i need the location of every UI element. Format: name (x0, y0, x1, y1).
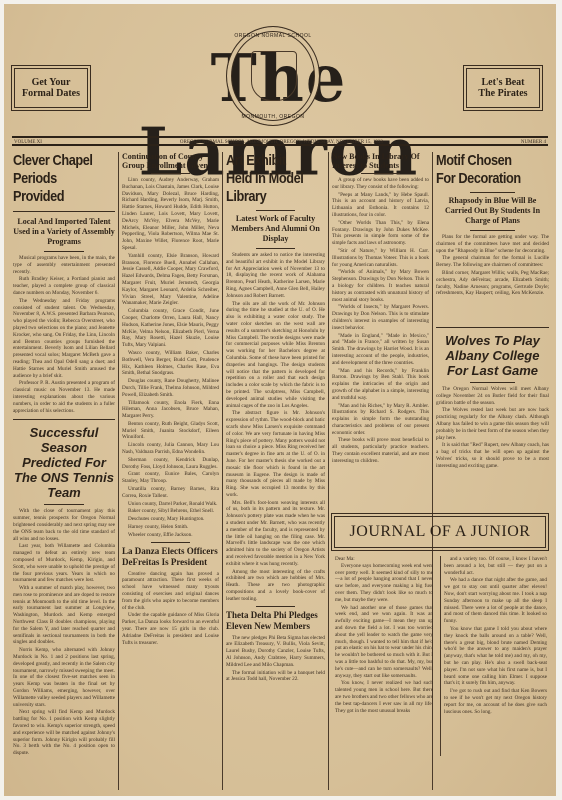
paragraph: Harney county, Helen Smith. (122, 524, 219, 531)
column-3: Art Exhibit Held In Model Library Latest… (222, 152, 328, 790)
article-subhead: Latest Work of Faculty Members And Alumn… (226, 214, 325, 244)
article-headline: Continuation of County Group Enrollment … (122, 152, 219, 170)
paragraph: We had a dance that night after the game… (444, 577, 547, 625)
paragraph: Yamhill county, Elsie Branson, Howard Br… (122, 253, 219, 307)
article-body: Plans for the formal are getting under w… (436, 234, 549, 297)
column-1: Clever Chapel Periods Provided Local And… (10, 152, 118, 790)
paragraph: It is said that "Red" Rupert, new Albany… (436, 442, 549, 469)
article-headline: Successful Season Predicted For The ONS … (13, 425, 115, 500)
journal-body: Everyone says homecoming week end went o… (335, 563, 433, 715)
masthead: Get Your Formal Dates The Lamron OREGON … (4, 4, 556, 119)
paragraph: The Wolves rested last week but are now … (436, 407, 549, 441)
article-body: Students are asked to notice the interes… (226, 252, 325, 603)
journal-column-2: and a variety too. Of course, I know I h… (440, 556, 550, 756)
school-seal-icon: OREGON NORMAL SCHOOL MONMOUTH, OREGON (226, 26, 320, 126)
paragraph: The Wednesday and Friday programs consis… (13, 298, 115, 380)
paragraph: Blind corner, Margaret Willis; walls, Pe… (436, 270, 549, 297)
article-new-books: New Books In Library Of Interest to Stud… (332, 152, 429, 507)
paragraph: Wasco county, William Baker, Charles Bot… (122, 350, 219, 377)
article-body: With the close of tournament play this s… (13, 508, 115, 757)
article-subhead: Local And Imported Talent Used in a Vari… (13, 217, 115, 247)
dateline: VOLUME XI OREGON NORMAL SCHOOL, MONMOUTH… (12, 136, 548, 146)
article-la-danza: La Danza Elects Officers DeFreitas Is Pr… (122, 546, 219, 647)
paragraph: "Peeps at Many Lands," by Hebe Spaull. T… (332, 192, 429, 219)
paragraph: Douglas county, Rane Dougherty, Malinee … (122, 378, 219, 398)
paragraph: The abstract figure is Mr. Johnson's exp… (226, 410, 325, 498)
article-tennis: Successful Season Predicted For The ONS … (13, 425, 115, 757)
paragraph: Professor P. R. Austin presented a progr… (13, 380, 115, 414)
paragraph: "Made in England," "Made in Mexico," and… (332, 333, 429, 367)
left-ear-box: Get Your Formal Dates (14, 68, 88, 108)
seal-emblem-icon (251, 51, 297, 101)
paragraph: "Worlds of Insects," by Margaret Powers.… (332, 304, 429, 331)
article-body: Musical programs have been, in the main,… (13, 255, 115, 414)
article-body: Creative dancing again has proved a para… (122, 571, 219, 647)
paragraph: Tillamook county, Enola Fierk, Enna Hile… (122, 400, 219, 420)
journal-column-1: Dear Ma: Everyone says homecoming week e… (332, 556, 436, 756)
paragraph: Ruth Bradley Keiser, a Portland pianist … (13, 276, 115, 296)
article-headline: Motif Chosen For Decoration (436, 152, 532, 188)
article-headline: Art Exhibit Held In Model Library (226, 152, 310, 206)
paragraph: With the close of tournament play this s… (13, 508, 115, 542)
paragraph: We had another one of those games that w… (335, 605, 433, 680)
paragraph: Musical programs have been, in the main,… (13, 255, 115, 275)
paragraph: Mrs. Bell's foot-loom weaving interests … (226, 500, 325, 568)
paragraph: Umatilla county, Barney Barnes, Rita Cor… (122, 486, 219, 500)
seal-top-text: OREGON NORMAL SCHOOL (227, 33, 319, 39)
paragraph: "Man and his Riches," by Mary R. Ambler.… (332, 403, 429, 437)
paragraph: I've got to rush out and find that Ken B… (444, 688, 547, 715)
article-subhead: Rhapsody in Blue Will Be Carried Out By … (436, 196, 549, 226)
paragraph: The formal initiation will be a banquet … (226, 670, 325, 684)
paragraph: You know that game I told you about wher… (444, 626, 547, 687)
paragraph: Wheeler county, Effie Jackson. (122, 532, 219, 539)
newspaper-page: Get Your Formal Dates The Lamron OREGON … (4, 4, 556, 796)
article-motif: Motif Chosen For Decoration Rhapsody in … (436, 152, 549, 322)
paragraph: Sherman county, Kendrick Dunlap, Dorothy… (122, 457, 219, 471)
journal-headline: JOURNAL OF A JUNIOR (334, 516, 546, 548)
article-body: The new pledges Phi Beta Sigma has elect… (226, 635, 325, 684)
article-chapel: Clever Chapel Periods Provided Local And… (13, 152, 115, 414)
article-body: Linn county, Audrey Anderway, Graham Buc… (122, 177, 219, 539)
journal-body: and a variety too. Of course, I know I h… (444, 556, 547, 715)
paragraph: Plans for the formal are getting under w… (436, 234, 549, 254)
paragraph: A group of new books have been added to … (332, 177, 429, 191)
paragraph: Norris Kemp, who alternated with Johnny … (13, 647, 115, 708)
column-2: Continuation of County Group Enrollment … (118, 152, 222, 790)
article-art-exhibit: Art Exhibit Held In Model Library Latest… (226, 152, 325, 603)
paragraph: Everyone says homecoming week end went o… (335, 563, 433, 604)
article-headline: Theta Delta Phi Pledges Eleven New Membe… (226, 610, 325, 632)
paragraph: Deschutes county, Mary Huntington. (122, 516, 219, 523)
paragraph: and a variety too. Of course, I know I h… (444, 556, 547, 576)
paragraph: Baker county, Sibyl Behrens, Ethel Snell… (122, 508, 219, 515)
paragraph: "Worlds of Animals," by Mary Bowen Steph… (332, 269, 429, 303)
article-headline: La Danza Elects Officers DeFreitas Is Pr… (122, 546, 219, 568)
article-county-enrollment: Continuation of County Group Enrollment … (122, 152, 219, 539)
issue-number: NUMBER 4 (521, 138, 546, 144)
paragraph: The new pledges Phi Beta Sigma has elect… (226, 635, 325, 669)
article-body: The Oregon Normal Wolves will meet Alban… (436, 386, 549, 470)
article-headline: Clever Chapel Periods Provided (13, 152, 100, 206)
journal-salutation: Dear Ma: (335, 556, 433, 563)
article-headline: New Books In Library Of Interest to Stud… (332, 152, 429, 170)
paragraph: "Other Worlds Than This," by Elena Fonta… (332, 220, 429, 247)
paragraph: "Man and his Records," by Franklin Barro… (332, 368, 429, 402)
paragraph: Union county, Darrel Parker, Ronald Walk… (122, 501, 219, 508)
paragraph: The Oregon Normal Wolves will meet Alban… (436, 386, 549, 406)
article-theta-delta-phi: Theta Delta Phi Pledges Eleven New Membe… (226, 610, 325, 684)
article-headline: Wolves To Play Albany College For Last G… (436, 333, 549, 378)
paragraph: With a summer of match play, however, tw… (13, 585, 115, 646)
paragraph: These books will prove most beneficial t… (332, 437, 429, 464)
paragraph: "Stir of Nature," by William H. Carr. Il… (332, 248, 429, 268)
paragraph: Under the capable guidance of Miss Glori… (122, 612, 219, 646)
publication-info: OREGON NORMAL SCHOOL, MONMOUTH, OREGON, … (180, 138, 383, 144)
paragraph: Linn county, Audrey Anderway, Graham Buc… (122, 177, 219, 252)
paragraph: Last year, both Willamette and Columbia … (13, 543, 115, 584)
paragraph: Among the most interesting of the crafts… (226, 569, 325, 603)
paragraph: Next spring will find Kemp and Murdock b… (13, 709, 115, 757)
paragraph: Creative dancing again has proved a para… (122, 571, 219, 612)
article-wolves: Wolves To Play Albany College For Last G… (436, 333, 549, 470)
paragraph: Lincoln county, Julia Cannon, Mary Lou N… (122, 442, 219, 456)
right-ear-box: Let's Beat The Pirates (466, 68, 540, 108)
paragraph: Columbia county, Grace Condit, June Coop… (122, 308, 219, 349)
paragraph: The oils are all the work of Mr. Johnson… (226, 301, 325, 410)
paragraph: Benton county, Ruth Beight, Gladys Scott… (122, 421, 219, 441)
paragraph: You know, I never realized we had such t… (335, 680, 433, 714)
article-body: A group of new books have been added to … (332, 177, 429, 465)
paragraph: Grant county, Eunice Bales, Carolyn Stan… (122, 471, 219, 485)
paragraph: Students are asked to notice the interes… (226, 252, 325, 300)
volume-label: VOLUME XI (14, 138, 42, 144)
paragraph: The general chairman for the formal is L… (436, 255, 549, 269)
seal-bottom-text: MONMOUTH, OREGON (227, 114, 319, 120)
